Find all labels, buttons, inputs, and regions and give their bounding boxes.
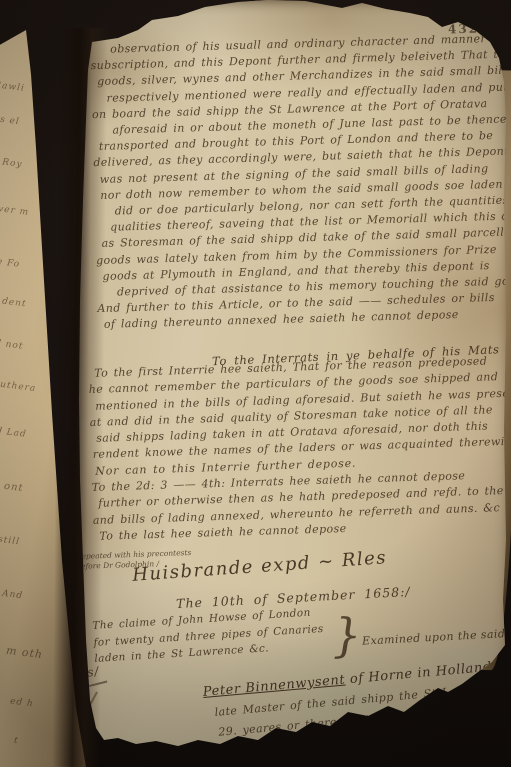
facing-page-text-fragment: And xyxy=(1,589,23,601)
deposition-paragraph: observation of his usuall and ordinary c… xyxy=(96,31,506,334)
claim-examined-note: Examined upon the said Allon xyxy=(362,625,511,647)
facing-page-text-fragment: s el xyxy=(0,115,20,127)
facing-page-text-fragment: dent xyxy=(1,297,27,310)
pencil-stroke xyxy=(80,692,98,723)
facing-page-text-fragment: t xyxy=(13,736,19,746)
facing-page-edge: Rawlis ela Royver mhe Fodentll notuthera… xyxy=(0,30,92,767)
facing-page-text-fragment: ed h xyxy=(9,697,34,710)
facing-page-text-fragment: he Fo xyxy=(0,256,21,270)
facing-page-text-fragment: a Roy xyxy=(0,156,23,170)
interrogatories-answers: To the first Interrie hee saieth, That f… xyxy=(88,353,503,545)
facing-page-text-fragment: d Lad xyxy=(0,426,27,440)
witness-origin: of Horne in Holland Marin. xyxy=(345,655,511,687)
margin-note-2ds: 2ds/ xyxy=(69,664,100,682)
facing-page-text-fragment: ll not xyxy=(0,338,24,352)
facing-page-text-fragment: ver m xyxy=(0,204,30,218)
facing-page-text-fragment: o xyxy=(0,30,7,40)
facing-page-text-fragment: Rawli xyxy=(0,80,25,94)
facing-page-text-fragment: still xyxy=(0,535,20,548)
facing-page-text-fragment: ont xyxy=(3,481,24,494)
margin-slash-mark xyxy=(52,46,71,94)
witness-heading-block: Peter Binnenwysent of Horne in Holland M… xyxy=(202,649,511,744)
manuscript-page: 432 observation of his usuall and ordina… xyxy=(0,0,511,767)
claim-block: The claime of John Howse of Londonfor tw… xyxy=(92,604,325,667)
manuscript-photo: Rawlis ela Royver mhe Fodentll notuthera… xyxy=(0,0,511,767)
facing-page-text-fragment: m oth xyxy=(5,644,43,661)
claim-brace: } xyxy=(331,612,362,659)
facing-page-text-fragment: uthera xyxy=(0,380,37,394)
